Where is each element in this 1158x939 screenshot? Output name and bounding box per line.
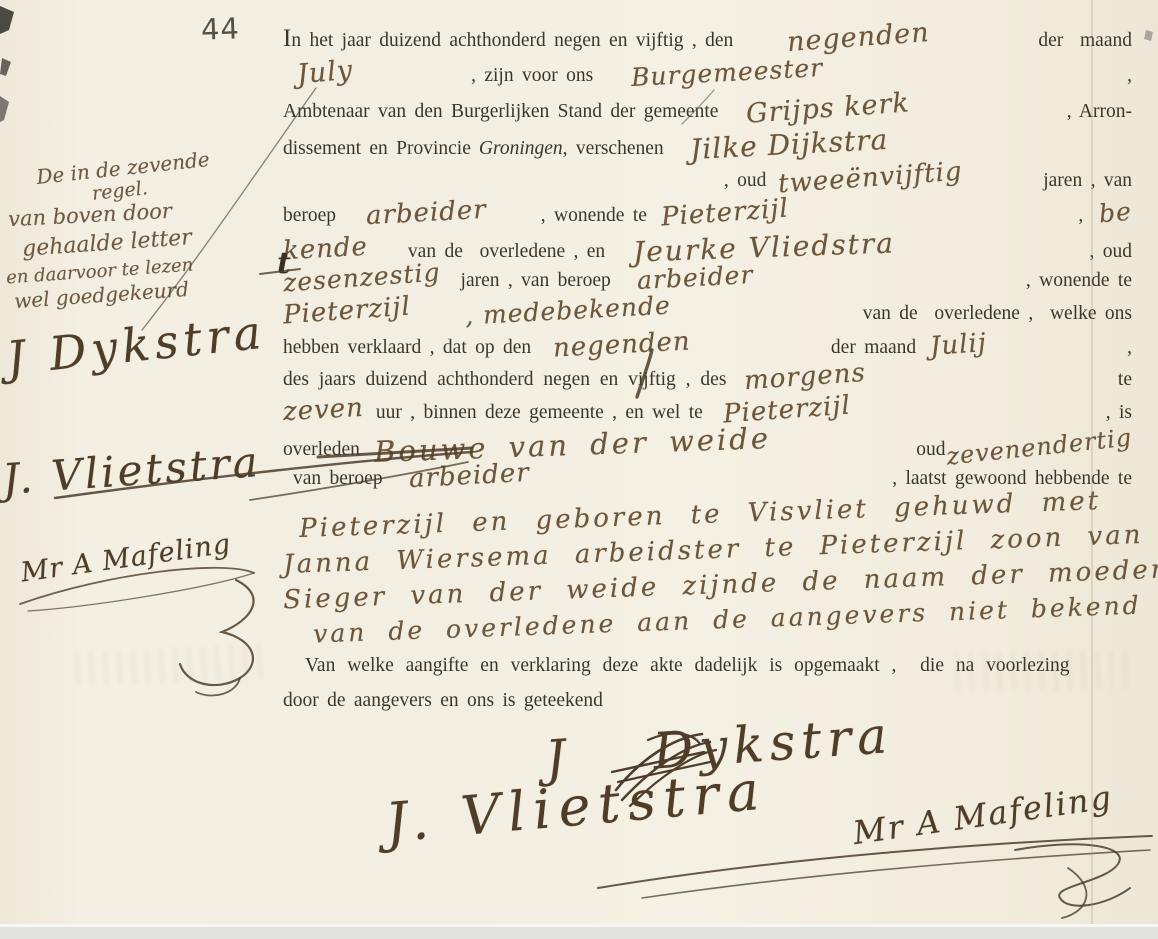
spacer bbox=[593, 80, 631, 81]
printed-form-text: Groningen bbox=[479, 138, 563, 160]
signature-flourish bbox=[642, 850, 1150, 898]
printed-form-text: oud bbox=[916, 439, 945, 461]
handwritten-entry: kende bbox=[282, 232, 368, 266]
printed-form-text: beroep bbox=[283, 205, 336, 227]
printed-form-text: , zijn voor ons bbox=[471, 65, 593, 87]
spacer bbox=[383, 483, 409, 484]
spacer bbox=[336, 220, 366, 221]
body-line: van de overledene aan de aangevers niet … bbox=[283, 605, 1132, 634]
spacer bbox=[987, 352, 1127, 353]
printed-form-text: , bbox=[1127, 65, 1132, 87]
margin-signature-official: Mr A Mafeling bbox=[19, 528, 233, 588]
act-number: 44 bbox=[200, 11, 240, 46]
printed-form-text: der maand bbox=[831, 337, 916, 359]
ink-bleedthrough bbox=[950, 650, 1136, 691]
spacer bbox=[441, 285, 461, 286]
inserted-letter: t bbox=[277, 246, 291, 281]
printed-form-text: , wonende te bbox=[541, 205, 647, 227]
handwritten-entry: Pieterzijl bbox=[660, 194, 790, 233]
spacer bbox=[895, 256, 1089, 257]
body-line: In het jaar duizend achthonderd negen en… bbox=[283, 22, 1132, 53]
spacer bbox=[866, 384, 1118, 385]
margin-signature-vlietstra: J. Vlietstra bbox=[1, 437, 263, 504]
body-line: des jaars duizend achthonderd negen en v… bbox=[283, 362, 1132, 392]
spacer bbox=[364, 417, 376, 418]
printed-form-text: , oud bbox=[724, 170, 767, 192]
body-line: dissement en ProvincieGroningen, versche… bbox=[283, 128, 1132, 161]
body-line: van beroeparbeider, laatst gewoond hebbe… bbox=[283, 461, 1132, 491]
printed-form-text: I bbox=[283, 25, 291, 53]
handwritten-entry: tweeënvijftig bbox=[778, 157, 964, 200]
handwritten-entry: Pieterzijl bbox=[282, 292, 412, 331]
spacer bbox=[411, 318, 465, 319]
printed-form-text: Ambtenaar van den Burgerlijken Stand der… bbox=[283, 101, 718, 123]
handwritten-entry: arbeider bbox=[365, 195, 487, 231]
spacer bbox=[353, 80, 471, 81]
handwritten-entry: arbeider bbox=[408, 458, 530, 494]
spacer bbox=[718, 116, 746, 117]
margin-signature-dykstra: J Dykstra bbox=[4, 305, 269, 386]
printed-form-text: hebben verklaard , dat op den bbox=[283, 337, 531, 359]
printed-form-text: te bbox=[1118, 369, 1132, 391]
spacer bbox=[733, 45, 787, 46]
printed-form-text: , Arron- bbox=[1067, 101, 1132, 123]
bottom-signature-official: Mr A Mafeling bbox=[851, 778, 1115, 852]
spacer bbox=[789, 220, 1079, 221]
body-line: zevenuur , binnen deze gemeente , en wel… bbox=[283, 395, 1132, 425]
printed-form-text: overleden bbox=[283, 439, 360, 461]
body-line: Ambtenaar van den Burgerlijken Stand der… bbox=[283, 93, 1132, 124]
spacer bbox=[888, 153, 1132, 154]
printed-form-text: , wonende te bbox=[1026, 270, 1132, 292]
body-line: hebben verklaard , dat op dennegendender… bbox=[283, 330, 1132, 360]
spacer bbox=[487, 220, 541, 221]
spacer bbox=[703, 417, 723, 418]
spacer bbox=[771, 454, 916, 455]
spacer bbox=[531, 352, 553, 353]
paper-fold-line bbox=[1091, 0, 1093, 939]
spacer bbox=[529, 483, 892, 484]
printed-form-text: door de aangevers en ons is geteekend bbox=[283, 690, 603, 712]
printed-form-text: , is bbox=[1106, 402, 1132, 424]
body-line: July, zijn voor onsBurgemeester, bbox=[283, 57, 1132, 88]
printed-form-text: van beroep bbox=[293, 468, 383, 490]
spacer bbox=[930, 45, 1038, 46]
spacer bbox=[664, 153, 690, 154]
body-line: beroeparbeider, wonende tePieterzijl,be bbox=[283, 198, 1132, 228]
margin-note-line: van boven door bbox=[7, 199, 172, 232]
spacer bbox=[753, 285, 1026, 286]
handwritten-entry: Jilke Dijkstra bbox=[689, 123, 889, 166]
handwritten-entry: be bbox=[1098, 197, 1133, 229]
spacer bbox=[605, 256, 633, 257]
printed-form-text: jaren , van beroep bbox=[461, 270, 611, 292]
spacer bbox=[916, 352, 930, 353]
spacer bbox=[691, 352, 831, 353]
printed-form-text: , bbox=[1127, 337, 1132, 359]
handwritten-entry: negenden bbox=[786, 17, 930, 58]
scan-bottom-edge bbox=[0, 924, 1158, 939]
printed-form-text: , bbox=[1078, 205, 1083, 227]
printed-form-text: der maand bbox=[1038, 30, 1132, 52]
spacer bbox=[766, 185, 778, 186]
spacer bbox=[368, 256, 408, 257]
spacer bbox=[851, 417, 1106, 418]
handwritten-entry: Burgemeester bbox=[631, 53, 824, 92]
death-record-scan: 44 In het jaar duizend achthonderd negen… bbox=[0, 0, 1158, 939]
body-line: Pieterzijl, medebekendevan de overledene… bbox=[283, 296, 1132, 326]
spacer bbox=[726, 384, 744, 385]
printed-form-text: jaren , van bbox=[1043, 170, 1132, 192]
spacer bbox=[823, 80, 1127, 81]
printed-form-text: dissement en Provincie bbox=[283, 138, 471, 160]
body-line: , oudtweeënvijftigjaren , van bbox=[283, 163, 1132, 193]
spacer bbox=[647, 220, 661, 221]
signature-flourish bbox=[1015, 844, 1130, 905]
spacer bbox=[360, 454, 374, 455]
spacer bbox=[611, 285, 637, 286]
body-line: zesenzestigjaren , van beroeparbeider, w… bbox=[283, 263, 1132, 292]
printed-form-text: n het jaar duizend achthonderd negen en … bbox=[291, 30, 733, 52]
spacer bbox=[283, 185, 724, 186]
handwritten-entry: , medebekende bbox=[464, 291, 671, 331]
printed-form-text: des jaars duizend achthonderd negen en v… bbox=[283, 369, 726, 391]
ink-bleedthrough bbox=[69, 645, 270, 686]
body-line: overledenBouwe van der weideoudzevenende… bbox=[283, 428, 1132, 462]
handwritten-entry: July bbox=[296, 55, 355, 91]
handwritten-entry: arbeider bbox=[636, 260, 754, 295]
printed-form-text: , oud bbox=[1090, 241, 1133, 263]
body-line: door de aangevers en ons is geteekend bbox=[283, 690, 1132, 712]
spacer bbox=[910, 116, 1067, 117]
signature-flourish bbox=[1062, 868, 1086, 918]
spacer bbox=[471, 153, 479, 154]
handwritten-entry: negenden bbox=[552, 326, 691, 363]
spacer bbox=[963, 185, 1043, 186]
printed-form-text: uur , binnen deze gemeente , en wel te bbox=[376, 402, 703, 424]
handwritten-entry: zeven bbox=[282, 393, 364, 427]
spacer bbox=[283, 483, 293, 484]
spacer bbox=[671, 318, 863, 319]
printed-form-text: , verschenen bbox=[563, 138, 664, 160]
handwritten-entry: zesenzestig bbox=[282, 258, 441, 298]
handwritten-entry: Julij bbox=[929, 328, 988, 362]
spacer bbox=[283, 80, 297, 81]
